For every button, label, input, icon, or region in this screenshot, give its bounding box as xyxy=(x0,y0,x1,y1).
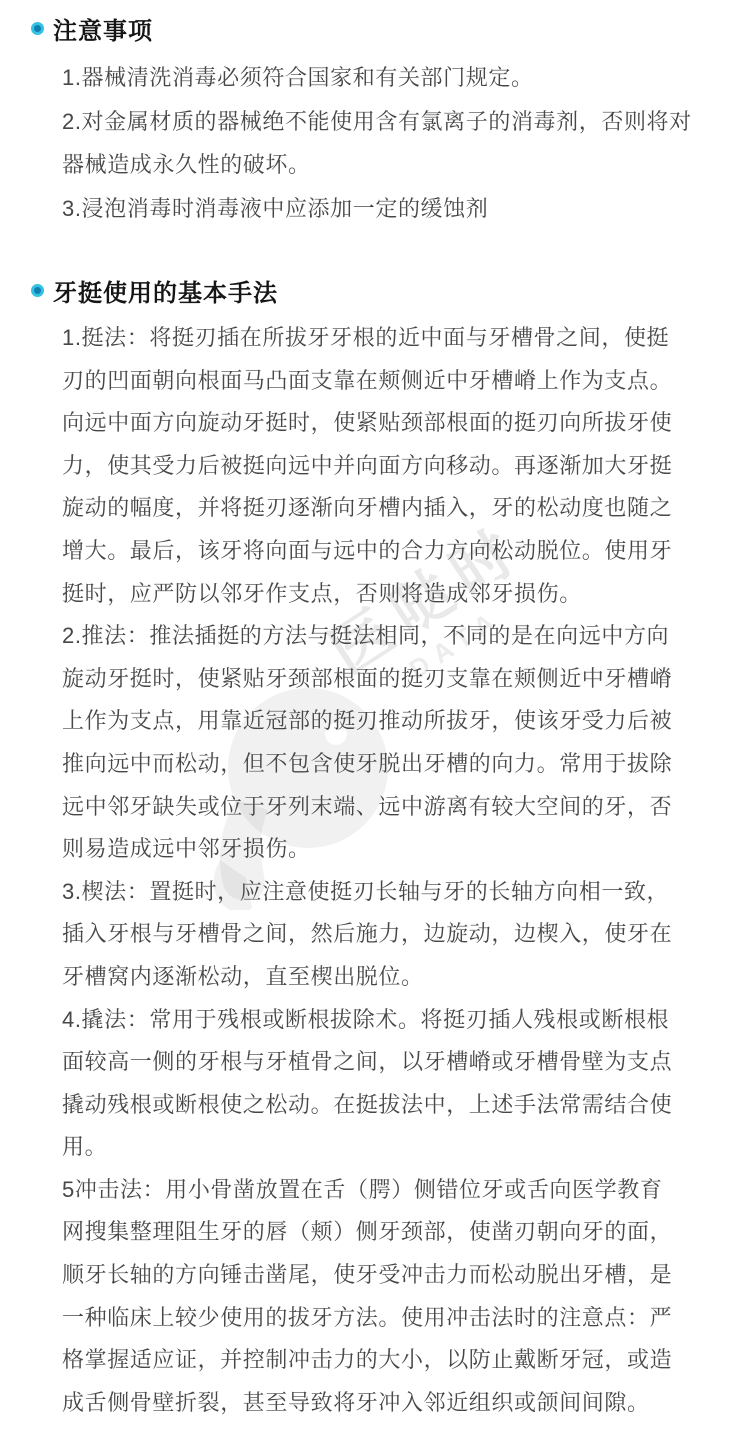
text-line: 旋动牙挺时，使紧贴牙颈部根面的挺刃支靠在颊侧近中牙槽嵴 xyxy=(62,658,722,701)
text-line: 3.浸泡消毒时消毒液中应添加一定的缓蚀剂 xyxy=(62,187,722,231)
text-line: 远中邻牙缺失或位于牙列末端、远中游离有较大空间的牙，否 xyxy=(62,786,722,829)
text-line: 4.撬法：常用于残根或断根拔除术。将挺刃插人残根或断根根 xyxy=(62,999,722,1042)
document-page: 医哒时 DATA 注意事项 1.器械清洗消毒必须符合国家和有关部门规定。2.对金… xyxy=(0,0,750,1432)
text-line: 向远中面方向旋动牙挺时，使紧贴颈部根面的挺刃向所拔牙使 xyxy=(62,402,722,445)
text-line: 力，使其受力后被挺向远中并向面方向移动。再逐渐加大牙挺 xyxy=(62,445,722,488)
bullet-icon xyxy=(31,22,44,35)
text-line: 增大。最后，该牙将向面与远中的合力方向松动脱位。使用牙 xyxy=(62,530,722,573)
text-line: 成舌侧骨壁折裂，甚至导致将牙冲入邻近组织或颌间间隙。 xyxy=(62,1382,722,1425)
text-line: 1.器械清洗消毒必须符合国家和有关部门规定。 xyxy=(62,56,722,100)
text-line: 挺时，应严防以邻牙作支点，否则将造成邻牙损伤。 xyxy=(62,573,722,616)
text-line: 推向远中而松动，但不包含使牙脱出牙槽的向力。常用于拔除 xyxy=(62,743,722,786)
text-line: 牙槽窝内逐渐松动，直至楔出脱位。 xyxy=(62,956,722,999)
text-line: 1.挺法：将挺刃插在所拔牙牙根的近中面与牙槽骨之间，使挺 xyxy=(62,317,722,360)
text-line: 一种临床上较少使用的拔牙方法。使用冲击法时的注意点：严 xyxy=(62,1297,722,1340)
section-heading-precautions: 注意事项 xyxy=(31,14,153,42)
text-line: 顺牙长轴的方向锤击凿尾，使牙受冲击力而松动脱出牙槽，是 xyxy=(62,1254,722,1297)
section-title: 牙挺使用的基本手法 xyxy=(53,273,278,308)
section-body-precautions: 1.器械清洗消毒必须符合国家和有关部门规定。2.对金属材质的器械绝不能使用含有氯… xyxy=(62,56,722,230)
text-line: 器械造成永久性的破坏。 xyxy=(62,143,722,187)
text-line: 撬动残根或断根使之松动。在挺拔法中，上述手法常需结合使 xyxy=(62,1084,722,1127)
section-title: 注意事项 xyxy=(53,11,153,46)
text-line: 插入牙根与牙槽骨之间，然后施力，边旋动，边楔入，使牙在 xyxy=(62,913,722,956)
text-line: 刃的凹面朝向根面马凸面支靠在颊侧近中牙槽嵴上作为支点。 xyxy=(62,360,722,403)
text-line: 上作为支点，用靠近冠部的挺刃推动所拔牙，使该牙受力后被 xyxy=(62,700,722,743)
text-line: 网搜集整理阻生牙的唇（颊）侧牙颈部，使凿刃朝向牙的面， xyxy=(62,1211,722,1254)
text-line: 5冲击法：用小骨凿放置在舌（腭）侧错位牙或舌向医学教育 xyxy=(62,1169,722,1212)
text-line: 2.对金属材质的器械绝不能使用含有氯离子的消毒剂，否则将对 xyxy=(62,100,722,144)
text-line: 面较高一侧的牙根与牙植骨之间，以牙槽嵴或牙槽骨壁为支点 xyxy=(62,1041,722,1084)
section-body-elevator-techniques: 1.挺法：将挺刃插在所拔牙牙根的近中面与牙槽骨之间，使挺刃的凹面朝向根面马凸面支… xyxy=(62,317,722,1424)
bullet-icon xyxy=(31,284,44,297)
text-line: 3.楔法：置挺时，应注意使挺刃长轴与牙的长轴方向相一致， xyxy=(62,871,722,914)
text-line: 2.推法：推法插挺的方法与挺法相同，不同的是在向远中方向 xyxy=(62,615,722,658)
content: 注意事项 1.器械清洗消毒必须符合国家和有关部门规定。2.对金属材质的器械绝不能… xyxy=(0,0,750,1432)
text-line: 旋动的幅度，并将挺刃逐渐向牙槽内插入，牙的松动度也随之 xyxy=(62,487,722,530)
section-heading-elevator-techniques: 牙挺使用的基本手法 xyxy=(31,276,278,304)
text-line: 用。 xyxy=(62,1126,722,1169)
text-line: 格掌握适应证，并控制冲击力的大小，以防止戴断牙冠，或造 xyxy=(62,1339,722,1382)
text-line: 则易造成远中邻牙损伤。 xyxy=(62,828,722,871)
